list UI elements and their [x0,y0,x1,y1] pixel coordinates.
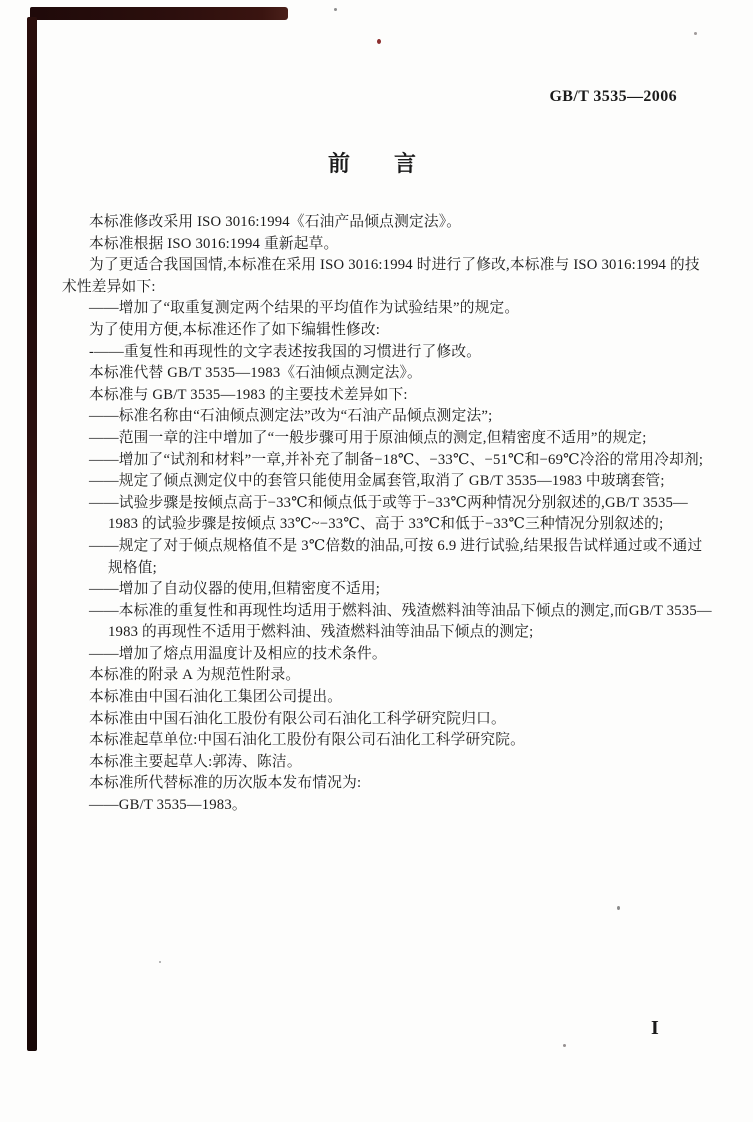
text-line: ——增加了自动仪器的使用,但精密度不适用; [62,579,702,601]
scan-speck [377,39,381,44]
text-line: ——范围一章的注中增加了“一般步骤可用于原油倾点的测定,但精密度不适用”的规定; [62,428,702,450]
text-line: 本标准由中国石油化工集团公司提出。 [62,687,702,709]
text-line: ——本标准的重复性和再现性均适用于燃料油、残渣燃料油等油品下倾点的测定,而GB/… [62,601,702,623]
page-number: I [651,1017,659,1040]
page-title: 前 言 [0,147,744,178]
text-line: ——增加了“取重复测定两个结果的平均值作为试验结果”的规定。 [62,298,702,320]
scan-speck [617,906,620,910]
text-line: 本标准主要起草人:郭涛、陈洁。 [62,752,702,774]
scan-artifact-top-edge [30,7,288,20]
text-line: 1983 的再现性不适用于燃料油、残渣燃料油等油品下倾点的测定; [62,622,702,644]
text-line: ——GB/T 3535—1983。 [62,795,702,817]
scanned-document-page: GB/T 3535—2006 前 言 本标准修改采用 ISO 3016:1994… [0,0,753,1122]
text-line: ——标准名称由“石油倾点测定法”改为“石油产品倾点测定法”; [62,406,702,428]
text-line: ——增加了“试剂和材料”一章,并补充了制备−18℃、−33℃、−51℃和−69℃… [62,450,702,472]
text-line: 本标准起草单位:中国石油化工股份有限公司石油化工科学研究院。 [62,730,702,752]
text-line: 本标准修改采用 ISO 3016:1994《石油产品倾点测定法》。 [62,212,702,234]
text-line: ——增加了熔点用温度计及相应的技术条件。 [62,644,702,666]
scan-speck [563,1044,566,1047]
text-line: ——规定了对于倾点规格值不是 3℃倍数的油品,可按 6.9 进行试验,结果报告试… [62,536,702,558]
text-line: 本标准由中国石油化工股份有限公司石油化工科学研究院归口。 [62,709,702,731]
text-line: 本标准的附录 A 为规范性附录。 [62,665,702,687]
text-line: 本标准所代替标准的历次版本发布情况为: [62,773,702,795]
text-line: ——规定了倾点测定仪中的套管只能使用金属套管,取消了 GB/T 3535—198… [62,471,702,493]
text-line: 本标准与 GB/T 3535—1983 的主要技术差异如下: [62,385,702,407]
text-line: -——重复性和再现性的文字表述按我国的习惯进行了修改。 [62,342,702,364]
text-line: 本标准代替 GB/T 3535—1983《石油倾点测定法》。 [62,363,702,385]
text-line: 术性差异如下: [62,277,702,299]
text-line: ——试验步骤是按倾点高于−33℃和倾点低于或等于−33℃两种情况分别叙述的,GB… [62,493,702,515]
text-line: 本标准根据 ISO 3016:1994 重新起草。 [62,234,702,256]
text-line: 规格值; [62,558,702,580]
standard-code: GB/T 3535—2006 [549,88,677,106]
foreword-body: 本标准修改采用 ISO 3016:1994《石油产品倾点测定法》。 本标准根据 … [62,212,702,817]
scan-speck [694,32,697,35]
text-line: 为了使用方便,本标准还作了如下编辑性修改: [62,320,702,342]
scan-speck [334,8,337,11]
scan-speck [159,961,161,963]
text-line: 1983 的试验步骤是按倾点 33℃~−33℃、高于 33℃和低于−33℃三种情… [62,514,702,536]
text-line: 为了更适合我国国情,本标准在采用 ISO 3016:1994 时进行了修改,本标… [62,255,702,277]
